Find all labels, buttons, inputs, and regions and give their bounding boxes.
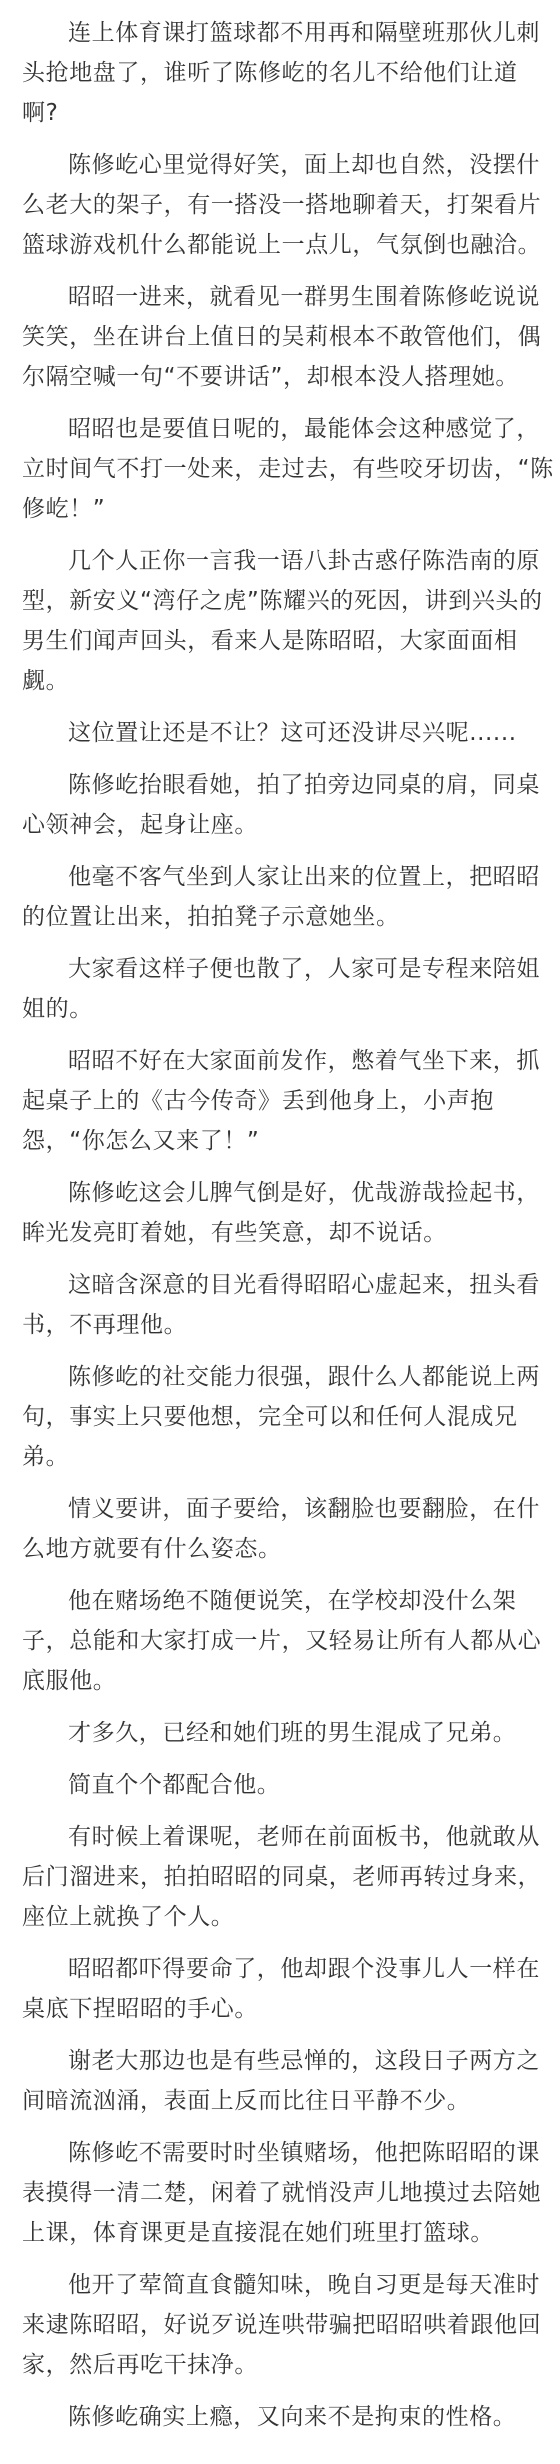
- paragraph: 陈修屹的社交能力很强，跟什么人都能说上两句，事实上只要他想，完全可以和任何人混成…: [22, 1357, 542, 1477]
- paragraph-line: 的位置让出来，拍拍凳子示意她坐。: [22, 897, 542, 937]
- paragraph-line: 这暗含深意的目光看得昭昭心虚起来，扭头看: [22, 1265, 542, 1305]
- paragraph-line: 立时间气不打一处来，走过去，有些咬牙切齿，“陈: [22, 449, 542, 489]
- paragraph-line: 上课，体育课更是直接混在她们班里打篮球。: [22, 2213, 542, 2253]
- paragraph-line: 觑。: [22, 661, 542, 701]
- paragraph-line: 起桌子上的《古今传奇》丢到他身上，小声抱: [22, 1081, 542, 1121]
- paragraph-line: 座位上就换了个人。: [22, 1897, 542, 1937]
- paragraph: 有时候上着课呢，老师在前面板书，他就敢从后门溜进来，拍拍昭昭的同桌，老师再转过身…: [22, 1817, 542, 1937]
- paragraph-line: 才多久，已经和她们班的男生混成了兄弟。: [22, 1713, 542, 1753]
- paragraph-line: 简直个个都配合他。: [22, 1765, 542, 1805]
- paragraph-line: 间暗流汹涌，表面上反而比往日平静不少。: [22, 2081, 542, 2121]
- paragraph: 情义要讲，面子要给，该翻脸也要翻脸，在什么地方就要有什么姿态。: [22, 1489, 542, 1569]
- paragraph-line: 昭昭不好在大家面前发作，憋着气坐下来，抓: [22, 1041, 542, 1081]
- paragraph: 陈修屹这会儿脾气倒是好，优哉游哉捡起书，眸光发亮盯着她，有些笑意，却不说话。: [22, 1173, 542, 1253]
- paragraph-line: 谢老大那边也是有些忌惮的，这段日子两方之: [22, 2041, 542, 2081]
- paragraph-line: 昭昭都吓得要命了，他却跟个没事儿人一样在: [22, 1949, 542, 1989]
- paragraph-line: 表摸得一清二楚，闲着了就悄没声儿地摸过去陪她: [22, 2173, 542, 2213]
- paragraph-line: 子，总能和大家打成一片，又轻易让所有人都从心: [22, 1621, 542, 1661]
- paragraph: 连上体育课打篮球都不用再和隔壁班那伙儿刺头抢地盘了，谁听了陈修屹的名儿不给他们让…: [22, 13, 542, 133]
- paragraph-line: 尔隔空喊一句“不要讲话”，却根本没人搭理她。: [22, 357, 542, 397]
- paragraph: 昭昭都吓得要命了，他却跟个没事儿人一样在桌底下捏昭昭的手心。: [22, 1949, 542, 2029]
- paragraph-line: 头抢地盘了，谁听了陈修屹的名儿不给他们让道: [22, 53, 542, 93]
- paragraph: 他开了荤简直食髓知味，晚自习更是每天准时来逮陈昭昭，好说歹说连哄带骗把昭昭哄着跟…: [22, 2265, 542, 2385]
- paragraph: 这暗含深意的目光看得昭昭心虚起来，扭头看书，不再理他。: [22, 1265, 542, 1345]
- paragraph-line: 型，新安义“湾仔之虎”陈耀兴的死因，讲到兴头的: [22, 581, 542, 621]
- paragraph-line: 后门溜进来，拍拍昭昭的同桌，老师再转过身来，: [22, 1857, 542, 1897]
- paragraph-line: 陈修屹的社交能力很强，跟什么人都能说上两: [22, 1357, 542, 1397]
- paragraph: 昭昭不好在大家面前发作，憋着气坐下来，抓起桌子上的《古今传奇》丢到他身上，小声抱…: [22, 1041, 542, 1161]
- paragraph-line: 情义要讲，面子要给，该翻脸也要翻脸，在什: [22, 1489, 542, 1529]
- paragraph-line: 他开了荤简直食髓知味，晚自习更是每天准时: [22, 2265, 542, 2305]
- paragraph-line: 这位置让还是不让？这可还没讲尽兴呢......: [22, 713, 542, 753]
- paragraph: 陈修屹不需要时时坐镇赌场，他把陈昭昭的课表摸得一清二楚，闲着了就悄没声儿地摸过去…: [22, 2133, 542, 2253]
- paragraph-line: 么老大的架子，有一搭没一搭地聊着天，打架看片: [22, 185, 542, 225]
- paragraph-line: 大家看这样子便也散了，人家可是专程来陪姐: [22, 949, 542, 989]
- paragraph-line: 心领神会，起身让座。: [22, 805, 542, 845]
- paragraph-line: 篮球游戏机什么都能说上一点儿，气氛倒也融洽。: [22, 225, 542, 265]
- paragraph: 谢老大那边也是有些忌惮的，这段日子两方之间暗流汹涌，表面上反而比往日平静不少。: [22, 2041, 542, 2121]
- paragraph: 昭昭一进来，就看见一群男生围着陈修屹说说笑笑，坐在讲台上值日的吴莉根本不敢管他们…: [22, 277, 542, 397]
- paragraph: 简直个个都配合他。: [22, 1765, 542, 1805]
- paragraph: 他毫不客气坐到人家让出来的位置上，把昭昭的位置让出来，拍拍凳子示意她坐。: [22, 857, 542, 937]
- paragraph-line: 陈修屹抬眼看她，拍了拍旁边同桌的肩，同桌: [22, 765, 542, 805]
- paragraph-line: 桌底下捏昭昭的手心。: [22, 1989, 542, 2029]
- paragraph: 昭昭也是要值日呢的，最能体会这种感觉了，立时间气不打一处来，走过去，有些咬牙切齿…: [22, 409, 542, 529]
- paragraph-line: 几个人正你一言我一语八卦古惑仔陈浩南的原: [22, 541, 542, 581]
- paragraph-line: 陈修屹这会儿脾气倒是好，优哉游哉捡起书，: [22, 1173, 542, 1213]
- paragraph-line: 男生们闻声回头，看来人是陈昭昭，大家面面相: [22, 621, 542, 661]
- paragraph-line: 有时候上着课呢，老师在前面板书，他就敢从: [22, 1817, 542, 1857]
- paragraph-line: 陈修屹确实上瘾，又向来不是拘束的性格。: [22, 2397, 542, 2437]
- paragraph-line: 姐的。: [22, 989, 542, 1029]
- paragraph-line: 书，不再理他。: [22, 1305, 542, 1345]
- paragraph: 他在赌场绝不随便说笑，在学校却没什么架子，总能和大家打成一片，又轻易让所有人都从…: [22, 1581, 542, 1701]
- paragraph: 陈修屹确实上瘾，又向来不是拘束的性格。: [22, 2397, 542, 2437]
- article-body: 连上体育课打篮球都不用再和隔壁班那伙儿刺头抢地盘了，谁听了陈修屹的名儿不给他们让…: [0, 0, 542, 2437]
- paragraph-line: 昭昭一进来，就看见一群男生围着陈修屹说说: [22, 277, 542, 317]
- paragraph-line: 眸光发亮盯着她，有些笑意，却不说话。: [22, 1213, 542, 1253]
- paragraph-line: 句，事实上只要他想，完全可以和任何人混成兄: [22, 1397, 542, 1437]
- paragraph-line: 陈修屹不需要时时坐镇赌场，他把陈昭昭的课: [22, 2133, 542, 2173]
- paragraph: 这位置让还是不让？这可还没讲尽兴呢......: [22, 713, 542, 753]
- paragraph-line: 家，然后再吃干抹净。: [22, 2345, 542, 2385]
- paragraph-line: 么地方就要有什么姿态。: [22, 1529, 542, 1569]
- paragraph-line: 昭昭也是要值日呢的，最能体会这种感觉了，: [22, 409, 542, 449]
- paragraph: 陈修屹抬眼看她，拍了拍旁边同桌的肩，同桌心领神会，起身让座。: [22, 765, 542, 845]
- paragraph-line: 啊?: [22, 93, 542, 133]
- paragraph-line: 他毫不客气坐到人家让出来的位置上，把昭昭: [22, 857, 542, 897]
- paragraph-line: 陈修屹心里觉得好笑，面上却也自然，没摆什: [22, 145, 542, 185]
- paragraph-line: 底服他。: [22, 1661, 542, 1701]
- paragraph-line: 来逮陈昭昭，好说歹说连哄带骗把昭昭哄着跟他回: [22, 2305, 542, 2345]
- paragraph: 几个人正你一言我一语八卦古惑仔陈浩南的原型，新安义“湾仔之虎”陈耀兴的死因，讲到…: [22, 541, 542, 701]
- paragraph: 大家看这样子便也散了，人家可是专程来陪姐姐的。: [22, 949, 542, 1029]
- paragraph-line: 笑笑，坐在讲台上值日的吴莉根本不敢管他们，偶: [22, 317, 542, 357]
- paragraph: 陈修屹心里觉得好笑，面上却也自然，没摆什么老大的架子，有一搭没一搭地聊着天，打架…: [22, 145, 542, 265]
- paragraph-line: 修屹！”: [22, 489, 542, 529]
- paragraph-line: 连上体育课打篮球都不用再和隔壁班那伙儿刺: [22, 13, 542, 53]
- paragraph-line: 他在赌场绝不随便说笑，在学校却没什么架: [22, 1581, 542, 1621]
- paragraph-line: 怨，“你怎么又来了！”: [22, 1121, 542, 1161]
- paragraph-line: 弟。: [22, 1437, 542, 1477]
- paragraph: 才多久，已经和她们班的男生混成了兄弟。: [22, 1713, 542, 1753]
